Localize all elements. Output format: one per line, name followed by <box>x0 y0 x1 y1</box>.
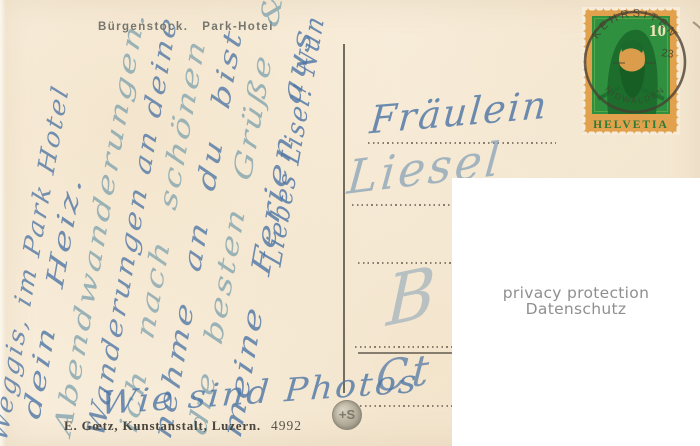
address-salutation: Fräulein <box>368 82 550 142</box>
postmark-second-strike-arc <box>693 22 700 96</box>
privacy-text-de: Datenschutz <box>452 301 700 317</box>
privacy-overlay: privacy protection Datenschutz <box>452 178 700 446</box>
publisher-seal-monogram: +S <box>339 407 355 422</box>
postcard-back: Bürgenstock.Park-Hotel Liebes Lisel! Nun… <box>0 0 700 446</box>
address-divider-rule <box>343 44 345 393</box>
postmark-region: NIDWALDEN <box>603 84 667 105</box>
publisher-seal: +S <box>332 400 362 430</box>
address-rule <box>352 204 458 206</box>
postmark: KEHRSITEN NIDWALDEN 23 <box>565 0 700 125</box>
svg-text:KEHRSITEN: KEHRSITEN <box>590 8 680 42</box>
address-canton: Ct <box>375 344 435 402</box>
svg-text:NIDWALDEN: NIDWALDEN <box>603 84 667 105</box>
publisher-imprint: E. Gœtz, Kunstanstalt, Luzern. <box>64 418 261 433</box>
address-city-initial: B <box>385 252 437 344</box>
postmark-town: KEHRSITEN <box>590 8 680 42</box>
address-rule <box>360 405 458 407</box>
publisher-number: 4992 <box>271 418 302 433</box>
privacy-text-en: privacy protection <box>452 285 700 301</box>
postmark-date: 23 <box>661 47 675 61</box>
publisher-line: E. Gœtz, Kunstanstalt, Luzern.4992 <box>64 418 302 434</box>
